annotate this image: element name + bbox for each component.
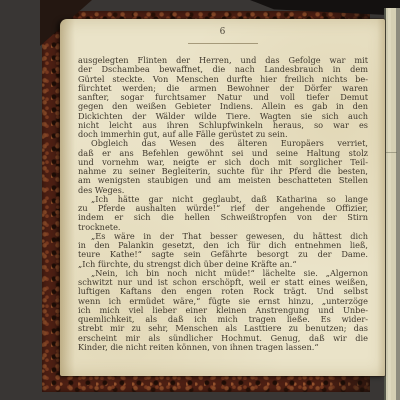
- photographed-book-scene: 6 ausgelegten Flinten der Herren, und da…: [0, 0, 400, 400]
- header-rule: [188, 43, 258, 44]
- text-line: „Ich hätte gar nicht geglaubt, daß Katha…: [78, 195, 368, 204]
- text-line: schwitzt nur und ist schon erschöpft, we…: [78, 278, 368, 287]
- page-block-fore-edge: [384, 8, 400, 400]
- text-line: luftigen Kaftans den engen roten Rock tr…: [78, 287, 368, 296]
- text-line: „Nein, ich bin noch nicht müde!“ lächelt…: [78, 269, 368, 278]
- text-line: fürchtet werden; die armen Bewohner der …: [78, 84, 368, 93]
- text-line: gegen den weißen Gebieter Indiens. Allei…: [78, 102, 368, 111]
- text-line: Gürtel steckte. Von Menschen durfte hier…: [78, 75, 368, 84]
- text-block: ausgelegten Flinten der Herren, und das …: [78, 56, 368, 352]
- text-line: trocknete.: [78, 223, 368, 232]
- text-line: erscheint mir als sündlicher Hochmut. Ge…: [78, 334, 368, 343]
- fore-edge-mark: [386, 152, 397, 153]
- text-line: quemlichkeit, als daß ich mich tragen li…: [78, 315, 368, 324]
- text-line: nahme zu seiner Begleiterin, suchte für …: [78, 167, 368, 176]
- book-page: 6 ausgelegten Flinten der Herren, und da…: [60, 19, 385, 376]
- text-line: des Weges.: [78, 186, 368, 195]
- text-line: und vornehm war, neigte er sich doch mit…: [78, 158, 368, 167]
- text-line: nicht leicht aus ihren Schlupfwinkeln he…: [78, 121, 368, 130]
- text-line: strebt mir zu sehr, Menschen als Lasttie…: [78, 324, 368, 333]
- text-line: ausgelegten Flinten der Herren, und das …: [78, 56, 368, 65]
- text-line: in den Palankin gesetzt, den ich für dic…: [78, 241, 368, 250]
- text-line: Dickichten der Wälder wilde Tiere. Wagte…: [78, 112, 368, 121]
- text-line: teure Kathe!“ sagte sein Gefährte besorg…: [78, 250, 368, 259]
- text-line: wenn ich ermüdet wäre,“ fügte sie ernst …: [78, 297, 368, 306]
- text-line: Obgleich das Wesen des älteren Europäers…: [78, 139, 368, 148]
- page-number: 6: [78, 27, 368, 38]
- text-line: am wenigsten staubigen und am meisten be…: [78, 176, 368, 185]
- text-line: der Dschambea bewaffnet, die nach Landes…: [78, 65, 368, 74]
- text-line: daß er ans Befehlen gewöhnt sei und sein…: [78, 149, 368, 158]
- text-line: sanfter, sogar furchtsamer Natur und vol…: [78, 93, 368, 102]
- text-line: zu Pferde aushalten würde!“ rief der ang…: [78, 204, 368, 213]
- text-line: indem er sich die hellen Schweißtropfen …: [78, 213, 368, 222]
- text-line: „Es wäre in der That besser gewesen, du …: [78, 232, 368, 241]
- text-line: doch immerhin gut, auf alle Fälle gerüst…: [78, 130, 368, 139]
- text-line: „Ich fürchte, du strengst dich über dein…: [78, 260, 368, 269]
- text-line: ich mich viel lieber einer kleinen Anstr…: [78, 306, 368, 315]
- text-line: Kinder, die nicht reiten können, von ihn…: [78, 343, 368, 352]
